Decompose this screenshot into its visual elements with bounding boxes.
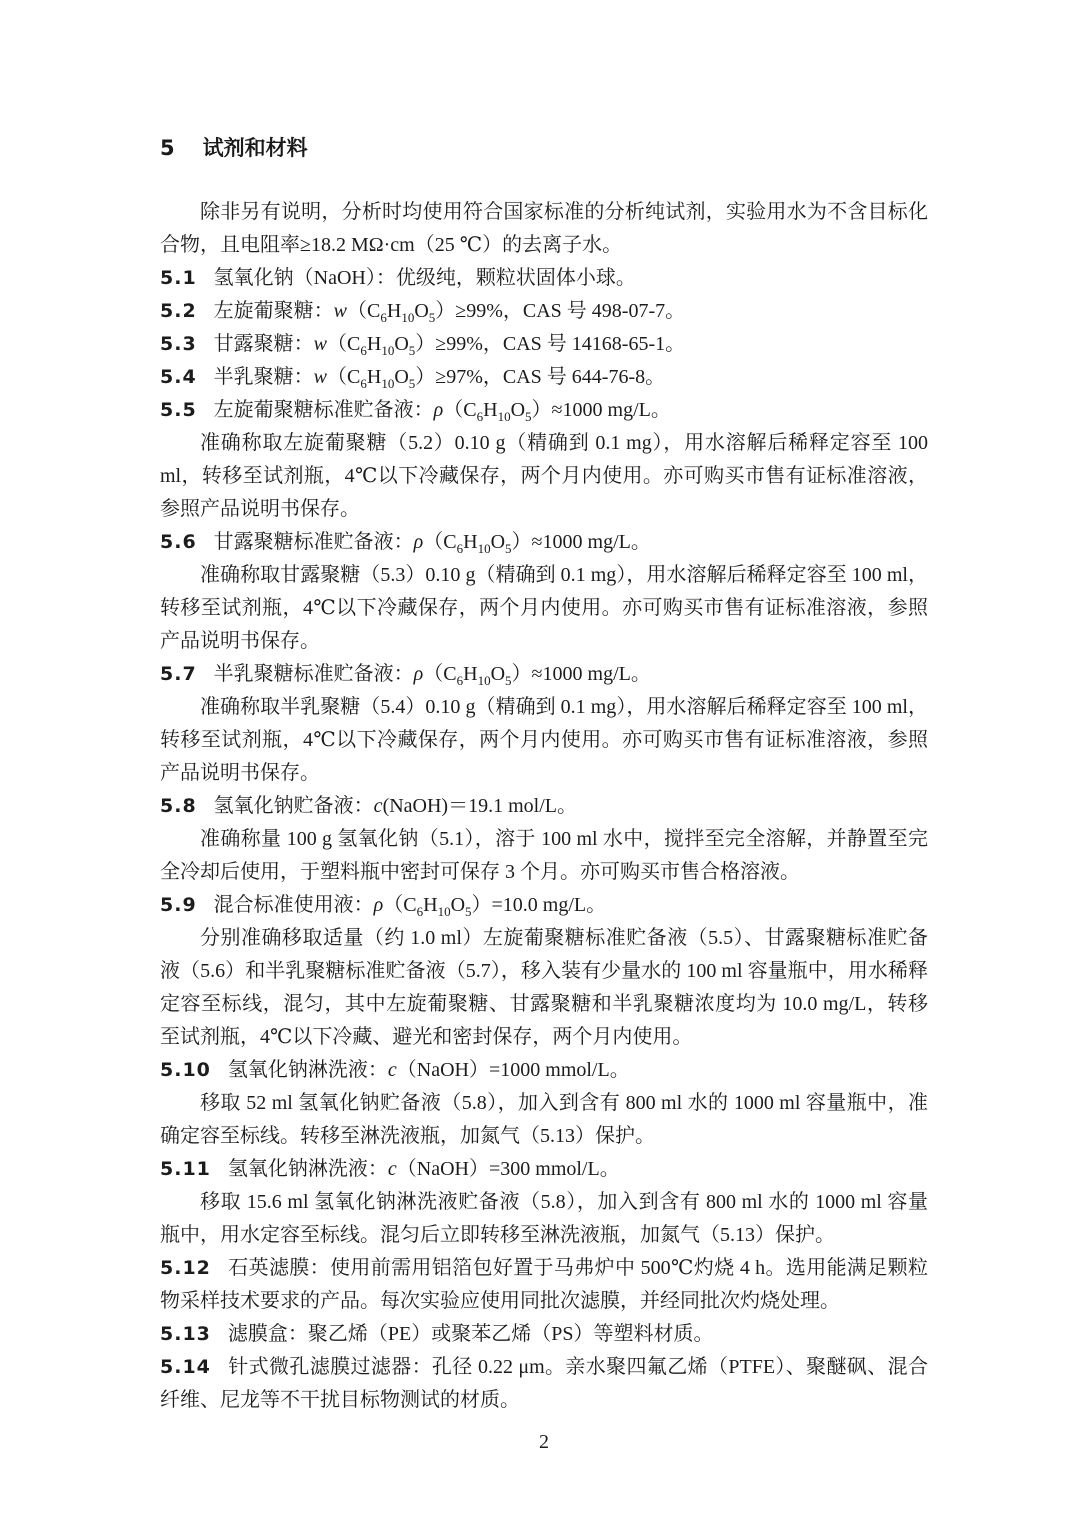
formula-variable: c — [388, 1059, 397, 1081]
clause-title-text: 针式微孔滤膜过滤器：孔径 0.22 μm。亲水聚四氟乙烯（PTFE）、聚醚砜、混… — [160, 1356, 928, 1411]
clause-title: 氢氧化钠贮备液：c(NaOH)＝19.1 mol/L。 — [214, 795, 577, 817]
clause-heading: 5.7半乳聚糖标准贮备液：ρ（C6H10O5）≈1000 mg/L。 — [160, 658, 928, 691]
clause-title-text: （C — [327, 333, 360, 355]
clause-number: 5.2 — [160, 300, 197, 322]
formula-variable: ρ — [374, 894, 384, 916]
clause-title-text: H — [463, 663, 477, 685]
clause-title-text: O — [394, 333, 408, 355]
section-number: 5 — [160, 136, 175, 160]
clause-title-text: （C — [423, 531, 456, 553]
clause-number: 5.4 — [160, 366, 197, 388]
clause-number: 5.14 — [160, 1356, 211, 1378]
clause-heading: 5.3甘露聚糖：w（C6H10O5）≥99%，CAS 号 14168-65-1。 — [160, 328, 928, 361]
clause-body-paragraph: 移取 52 ml 氢氧化钠贮备液（5.8），加入到含有 800 ml 水的 10… — [160, 1087, 928, 1153]
formula-variable: w — [334, 300, 347, 322]
clause: 5.4半乳聚糖：w（C6H10O5）≥97%，CAS 号 644-76-8。 — [160, 361, 928, 394]
clause-title-text: H — [423, 894, 437, 916]
clause-title: 左旋葡聚糖标准贮备液：ρ（C6H10O5）≈1000 mg/L。 — [214, 399, 671, 421]
clause-title-text: 半乳聚糖标准贮备液： — [214, 663, 414, 685]
clause-number: 5.7 — [160, 663, 197, 685]
clause-heading: 5.4半乳聚糖：w（C6H10O5）≥97%，CAS 号 644-76-8。 — [160, 361, 928, 394]
clause-number: 5.11 — [160, 1158, 211, 1180]
clause: 5.9混合标准使用液：ρ（C6H10O5）=10.0 mg/L。 分别准确移取适… — [160, 889, 928, 1054]
clause: 5.8氢氧化钠贮备液：c(NaOH)＝19.1 mol/L。 准确称量 100 … — [160, 790, 928, 889]
formula-variable: ρ — [434, 399, 444, 421]
clause-title-text: （C — [443, 399, 476, 421]
clause-number: 5.13 — [160, 1323, 211, 1345]
formula-subscript: 10 — [381, 376, 394, 391]
clause-title: 半乳聚糖：w（C6H10O5）≥97%，CAS 号 644-76-8。 — [214, 366, 665, 388]
clause-title-text: ）≈1000 mg/L。 — [532, 399, 671, 421]
clause-heading: 5.2左旋葡聚糖：w（C6H10O5）≥99%，CAS 号 498-07-7。 — [160, 295, 928, 328]
formula-subscript: 10 — [401, 310, 414, 325]
clause-title: 氢氧化钠淋洗液：c（NaOH）=300 mmol/L。 — [228, 1158, 620, 1180]
formula-subscript: 10 — [478, 541, 491, 556]
clause-heading: 5.1氢氧化钠（NaOH）：优级纯，颗粒状固体小球。 — [160, 262, 928, 295]
clause-heading: 5.12石英滤膜：使用前需用铝箔包好置于马弗炉中 500℃灼烧 4 h。选用能满… — [160, 1252, 928, 1318]
clause-title: 甘露聚糖：w（C6H10O5）≥99%，CAS 号 14168-65-1。 — [214, 333, 685, 355]
clause-title-text: H — [483, 399, 497, 421]
clause-heading: 5.9混合标准使用液：ρ（C6H10O5）=10.0 mg/L。 — [160, 889, 928, 922]
clause-title: 氢氧化钠（NaOH）：优级纯，颗粒状固体小球。 — [214, 267, 636, 289]
clause: 5.10氢氧化钠淋洗液：c（NaOH）=1000 mmol/L。 移取 52 m… — [160, 1054, 928, 1153]
section-title: 试剂和材料 — [203, 136, 308, 160]
clause-title-text: （C — [347, 300, 380, 322]
clause-title-text: O — [451, 894, 465, 916]
clause-heading: 5.8氢氧化钠贮备液：c(NaOH)＝19.1 mol/L。 — [160, 790, 928, 823]
clause-title-text: O — [511, 399, 525, 421]
clause-title-text: ）≈1000 mg/L。 — [512, 663, 651, 685]
formula-variable: w — [314, 333, 327, 355]
page-number: 2 — [160, 1426, 928, 1459]
document-page: 5试剂和材料 除非另有说明，分析时均使用符合国家标准的分析纯试剂，实验用水为不含… — [0, 0, 1080, 1527]
clause-title-text: ）≈1000 mg/L。 — [512, 531, 651, 553]
clause-title-text: 左旋葡聚糖标准贮备液： — [214, 399, 434, 421]
clause-heading: 5.11氢氧化钠淋洗液：c（NaOH）=300 mmol/L。 — [160, 1153, 928, 1186]
clause-number: 5.12 — [160, 1257, 211, 1279]
clause-number: 5.9 — [160, 894, 197, 916]
formula-subscript: 10 — [381, 343, 394, 358]
clause-heading: 5.10氢氧化钠淋洗液：c（NaOH）=1000 mmol/L。 — [160, 1054, 928, 1087]
clause-number: 5.3 — [160, 333, 197, 355]
clause-title-text: 甘露聚糖标准贮备液： — [214, 531, 414, 553]
clause-title-text: 氢氧化钠淋洗液： — [228, 1059, 388, 1081]
clause-body-paragraph: 准确称取左旋葡聚糖（5.2）0.10 g（精确到 0.1 mg），用水溶解后稀释… — [160, 427, 928, 526]
formula-variable: c — [388, 1158, 397, 1180]
clause-title-text: (NaOH)＝19.1 mol/L。 — [383, 795, 577, 817]
clause: 5.7半乳聚糖标准贮备液：ρ（C6H10O5）≈1000 mg/L。 准确称取半… — [160, 658, 928, 790]
clause: 5.5左旋葡聚糖标准贮备液：ρ（C6H10O5）≈1000 mg/L。 准确称取… — [160, 394, 928, 526]
clause-number: 5.10 — [160, 1059, 211, 1081]
clause-title: 氢氧化钠淋洗液：c（NaOH）=1000 mmol/L。 — [228, 1059, 630, 1081]
clause-title-text: ）≥99%，CAS 号 14168-65-1。 — [415, 333, 685, 355]
clause-number: 5.5 — [160, 399, 197, 421]
formula-variable: w — [314, 366, 327, 388]
clause-body-paragraph: 准确称量 100 g 氢氧化钠（5.1），溶于 100 ml 水中，搅拌至完全溶… — [160, 823, 928, 889]
clause-title: 针式微孔滤膜过滤器：孔径 0.22 μm。亲水聚四氟乙烯（PTFE）、聚醚砜、混… — [160, 1356, 928, 1411]
clause-title-text: （NaOH）=1000 mmol/L。 — [397, 1059, 630, 1081]
formula-variable: ρ — [414, 663, 424, 685]
formula-subscript: 10 — [478, 673, 491, 688]
clause-title-text: 混合标准使用液： — [214, 894, 374, 916]
clause-title-text: O — [414, 300, 428, 322]
clause-title-text: 氢氧化钠淋洗液： — [228, 1158, 388, 1180]
clause-title-text: （C — [383, 894, 416, 916]
clause-title-text: ）≥97%，CAS 号 644-76-8。 — [415, 366, 665, 388]
clause-title-text: O — [394, 366, 408, 388]
clause-title-text: 甘露聚糖： — [214, 333, 314, 355]
clause-title-text: ）≥99%，CAS 号 498-07-7。 — [435, 300, 685, 322]
clause-list: 5.1氢氧化钠（NaOH）：优级纯，颗粒状固体小球。 5.2左旋葡聚糖：w（C6… — [160, 262, 928, 1417]
clause-title: 左旋葡聚糖：w（C6H10O5）≥99%，CAS 号 498-07-7。 — [214, 300, 685, 322]
clause-title-text: O — [491, 663, 505, 685]
clause-title: 甘露聚糖标准贮备液：ρ（C6H10O5）≈1000 mg/L。 — [214, 531, 651, 553]
clause: 5.2左旋葡聚糖：w（C6H10O5）≥99%，CAS 号 498-07-7。 — [160, 295, 928, 328]
clause-title-text: H — [463, 531, 477, 553]
formula-variable: c — [374, 795, 383, 817]
clause-title-text: 石英滤膜：使用前需用铝箔包好置于马弗炉中 500℃灼烧 4 h。选用能满足颗粒物… — [160, 1257, 928, 1312]
clause-title-text: （C — [423, 663, 456, 685]
clause-title-text: ）=10.0 mg/L。 — [472, 894, 607, 916]
clause: 5.1氢氧化钠（NaOH）：优级纯，颗粒状固体小球。 — [160, 262, 928, 295]
clause-heading: 5.5左旋葡聚糖标准贮备液：ρ（C6H10O5）≈1000 mg/L。 — [160, 394, 928, 427]
clause-title-text: 左旋葡聚糖： — [214, 300, 334, 322]
clause: 5.14针式微孔滤膜过滤器：孔径 0.22 μm。亲水聚四氟乙烯（PTFE）、聚… — [160, 1351, 928, 1417]
clause-body-paragraph: 分别准确移取适量（约 1.0 ml）左旋葡聚糖标准贮备液（5.5）、甘露聚糖标准… — [160, 922, 928, 1054]
clause-title-text: 氢氧化钠贮备液： — [214, 795, 374, 817]
clause: 5.6甘露聚糖标准贮备液：ρ（C6H10O5）≈1000 mg/L。 准确称取甘… — [160, 526, 928, 658]
clause-body-paragraph: 移取 15.6 ml 氢氧化钠淋洗液贮备液（5.8），加入到含有 800 ml … — [160, 1186, 928, 1252]
clause-title-text: （NaOH）=300 mmol/L。 — [397, 1158, 620, 1180]
intro-paragraph: 除非另有说明，分析时均使用符合国家标准的分析纯试剂，实验用水为不含目标化合物，且… — [160, 196, 928, 262]
clause-title-text: 滤膜盒：聚乙烯（PE）或聚苯乙烯（PS）等塑料材质。 — [228, 1323, 714, 1345]
clause-title-text: 氢氧化钠（NaOH）：优级纯，颗粒状固体小球。 — [214, 267, 636, 289]
clause-title-text: 半乳聚糖： — [214, 366, 314, 388]
clause-title-text: H — [367, 333, 381, 355]
clause-body-paragraph: 准确称取甘露聚糖（5.3）0.10 g（精确到 0.1 mg），用水溶解后稀释定… — [160, 559, 928, 658]
clause-title-text: （C — [327, 366, 360, 388]
clause-title-text: H — [387, 300, 401, 322]
clause-number: 5.1 — [160, 267, 197, 289]
clause-heading: 5.13滤膜盒：聚乙烯（PE）或聚苯乙烯（PS）等塑料材质。 — [160, 1318, 928, 1351]
clause: 5.12石英滤膜：使用前需用铝箔包好置于马弗炉中 500℃灼烧 4 h。选用能满… — [160, 1252, 928, 1318]
clause-heading: 5.6甘露聚糖标准贮备液：ρ（C6H10O5）≈1000 mg/L。 — [160, 526, 928, 559]
clause: 5.13滤膜盒：聚乙烯（PE）或聚苯乙烯（PS）等塑料材质。 — [160, 1318, 928, 1351]
clause-body-paragraph: 准确称取半乳聚糖（5.4）0.10 g（精确到 0.1 mg），用水溶解后稀释定… — [160, 691, 928, 790]
formula-subscript: 10 — [498, 409, 511, 424]
clause: 5.3甘露聚糖：w（C6H10O5）≥99%，CAS 号 14168-65-1。 — [160, 328, 928, 361]
clause: 5.11氢氧化钠淋洗液：c（NaOH）=300 mmol/L。 移取 15.6 … — [160, 1153, 928, 1252]
clause-title: 半乳聚糖标准贮备液：ρ（C6H10O5）≈1000 mg/L。 — [214, 663, 651, 685]
clause-number: 5.6 — [160, 531, 197, 553]
clause-number: 5.8 — [160, 795, 197, 817]
clause-title-text: O — [491, 531, 505, 553]
clause-title-text: H — [367, 366, 381, 388]
formula-subscript: 10 — [438, 904, 451, 919]
clause-title: 滤膜盒：聚乙烯（PE）或聚苯乙烯（PS）等塑料材质。 — [228, 1323, 714, 1345]
section-heading: 5试剂和材料 — [160, 132, 928, 165]
clause-title: 石英滤膜：使用前需用铝箔包好置于马弗炉中 500℃灼烧 4 h。选用能满足颗粒物… — [160, 1257, 928, 1312]
clause-heading: 5.14针式微孔滤膜过滤器：孔径 0.22 μm。亲水聚四氟乙烯（PTFE）、聚… — [160, 1351, 928, 1417]
formula-variable: ρ — [414, 531, 424, 553]
clause-title: 混合标准使用液：ρ（C6H10O5）=10.0 mg/L。 — [214, 894, 606, 916]
